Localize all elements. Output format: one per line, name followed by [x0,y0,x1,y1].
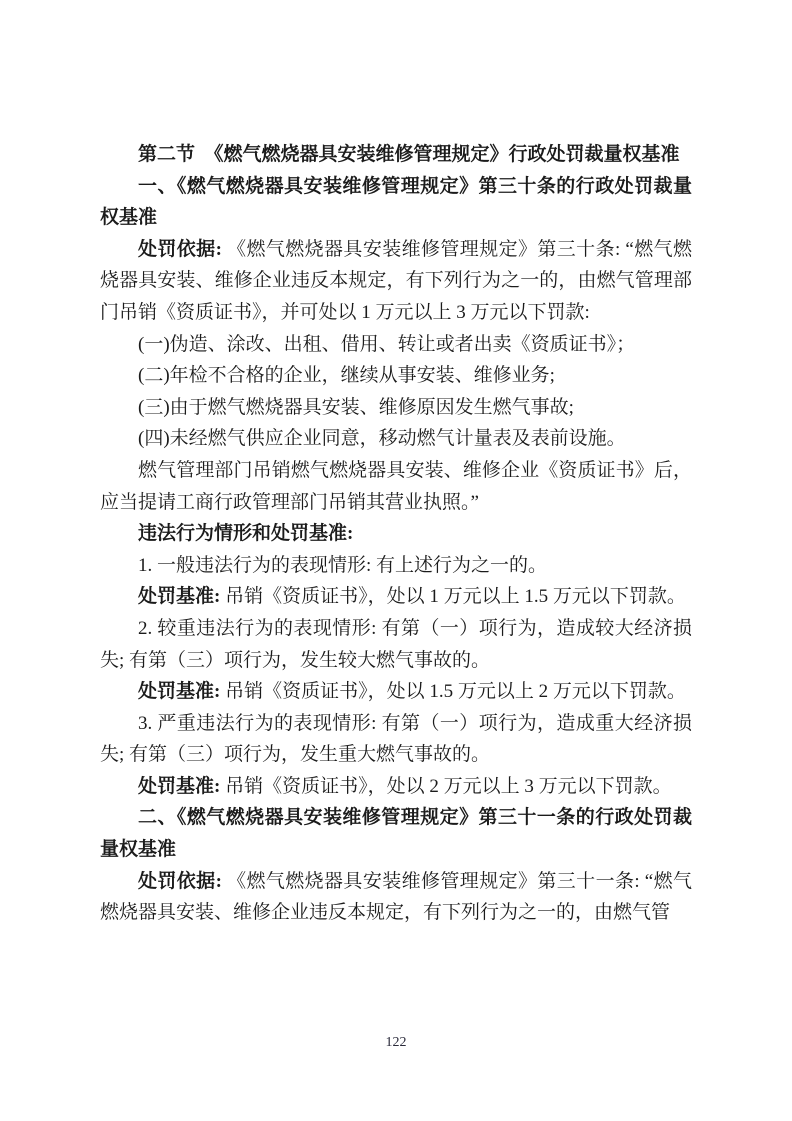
penalty-standard-1-text: 吊销《资质证书》，处以 1 万元以上 1.5 万元以下罚款。 [220,586,686,607]
penalty-basis-31-label: 处罚依据: [138,871,222,892]
violation-item-1: (一)伪造、涂改、出租、借用、转让或者出卖《资质证书》； [100,329,692,361]
penalty-standard-2-label: 处罚基准: [138,681,220,702]
closing-clause: 燃气管理部门吊销燃气燃烧器具安装、维修企业《资质证书》后，应当提请工商行政管理部… [100,455,692,518]
penalty-standard-2-text: 吊销《资质证书》，处以 1.5 万元以上 2 万元以下罚款。 [220,681,686,702]
violation-item-4-text: (四)未经燃气供应企业同意，移动燃气计量表及表前设施。 [138,428,626,449]
penalty-basis-article-30: 处罚依据: 《燃气燃烧器具安装维修管理规定》第三十条: “燃气燃烧器具安装、维修… [100,234,692,329]
general-violation-case-text: 1. 一般违法行为的表现情形: 有上述行为之一的。 [138,555,547,576]
moderate-violation-case-text: 2. 较重违法行为的表现情形: 有第（一）项行为，造成较大经济损失; 有第（三）… [100,618,692,671]
violation-item-1-text: (一)伪造、涂改、出租、借用、转让或者出卖《资质证书》； [138,334,635,355]
penalty-standard-1-label: 处罚基准: [138,586,220,607]
subsection-1-title-text: 一、《燃气燃烧器具安装维修管理规定》第三十条的行政处罚裁量权基准 [100,176,692,229]
violation-item-4: (四)未经燃气供应企业同意，移动燃气计量表及表前设施。 [100,423,692,455]
closing-clause-text: 燃气管理部门吊销燃气燃烧器具安装、维修企业《资质证书》后，应当提请工商行政管理部… [100,460,692,513]
section-title: 第二节 《燃气燃烧器具安装维修管理规定》行政处罚裁量权基准 [100,139,692,171]
subsection-2-title: 二、《燃气燃烧器具安装维修管理规定》第三十一条的行政处罚裁量权基准 [100,802,692,865]
penalty-standard-1: 处罚基准: 吊销《资质证书》，处以 1 万元以上 1.5 万元以下罚款。 [100,581,692,613]
violation-item-2-text: (二)年检不合格的企业，继续从事安装、维修业务; [138,365,555,386]
page-number: 122 [386,1035,407,1050]
penalty-standard-3-text: 吊销《资质证书》，处以 2 万元以上 3 万元以下罚款。 [220,776,671,797]
document-body: 第二节 《燃气燃烧器具安装维修管理规定》行政处罚裁量权基准 一、《燃气燃烧器具安… [100,139,692,929]
general-violation-case: 1. 一般违法行为的表现情形: 有上述行为之一的。 [100,550,692,582]
moderate-violation-case: 2. 较重违法行为的表现情形: 有第（一）项行为，造成较大经济损失; 有第（三）… [100,613,692,676]
document-page: 第二节 《燃气燃烧器具安装维修管理规定》行政处罚裁量权基准 一、《燃气燃烧器具安… [0,0,792,1121]
subsection-1-title: 一、《燃气燃烧器具安装维修管理规定》第三十条的行政处罚裁量权基准 [100,171,692,234]
penalty-standard-3-label: 处罚基准: [138,776,220,797]
penalty-standard-3: 处罚基准: 吊销《资质证书》，处以 2 万元以上 3 万元以下罚款。 [100,771,692,803]
violation-item-3: (三)由于燃气燃烧器具安装、维修原因发生燃气事故; [100,392,692,424]
violations-and-penalties-header: 违法行为情形和处罚基准: [100,518,692,550]
violation-item-2: (二)年检不合格的企业，继续从事安装、维修业务; [100,360,692,392]
penalty-basis-article-31: 处罚依据: 《燃气燃烧器具安装维修管理规定》第三十一条: “燃气燃烧器具安装、维… [100,866,692,929]
severe-violation-case-text: 3. 严重违法行为的表现情形: 有第（一）项行为，造成重大经济损失; 有第（三）… [100,713,692,766]
penalty-standard-2: 处罚基准: 吊销《资质证书》，处以 1.5 万元以上 2 万元以下罚款。 [100,676,692,708]
page-footer: 122 [0,1033,792,1053]
violations-and-penalties-header-text: 违法行为情形和处罚基准: [138,523,353,544]
severe-violation-case: 3. 严重违法行为的表现情形: 有第（一）项行为，造成重大经济损失; 有第（三）… [100,708,692,771]
violation-item-3-text: (三)由于燃气燃烧器具安装、维修原因发生燃气事故; [138,397,574,418]
section-title-text: 第二节 《燃气燃烧器具安装维修管理规定》行政处罚裁量权基准 [138,144,680,165]
penalty-basis-label: 处罚依据: [138,239,222,260]
subsection-2-title-text: 二、《燃气燃烧器具安装维修管理规定》第三十一条的行政处罚裁量权基准 [100,807,692,860]
